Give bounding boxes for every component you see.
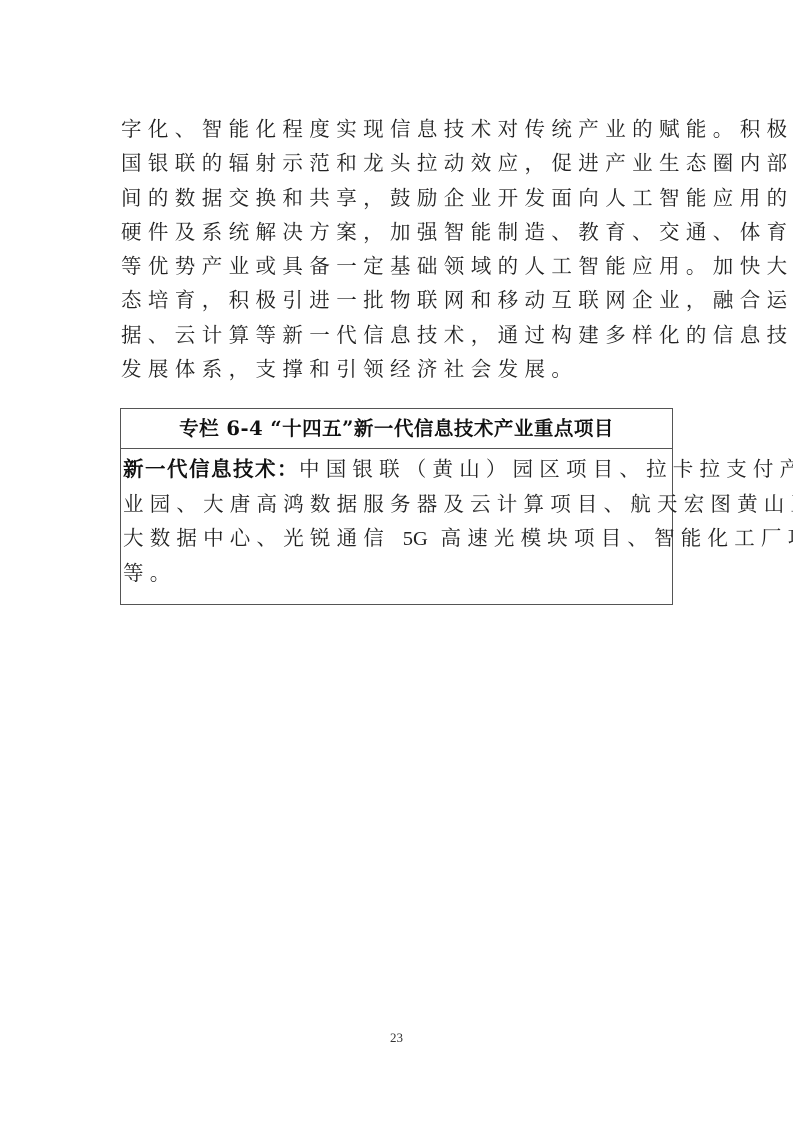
feature-box-text: 中国银联（黄山）园区项目、拉卡拉支付产 — [299, 457, 793, 481]
feature-box-text-latin: 5G — [403, 528, 428, 550]
feature-box-line: 等。 — [123, 555, 672, 590]
feature-box-line: 业园、大唐高鸿数据服务器及云计算项目、航天宏图黄山卫星 — [123, 486, 672, 521]
paragraph-line: 国银联的辐射示范和龙头拉动效应，促进产业生态圈内部企业之 — [121, 146, 677, 180]
paragraph-line: 间的数据交换和共享，鼓励企业开发面向人工智能应用的基础软 — [121, 181, 677, 215]
feature-box-title: 专栏 6-4 “十四五”新一代信息技术产业重点项目 — [121, 409, 672, 449]
paragraph-line: 字化、智能化程度实现信息技术对传统产业的赋能。积极发挥中 — [121, 112, 677, 146]
feature-box-line: 新一代信息技术：中国银联（黄山）园区项目、拉卡拉支付产 — [123, 451, 672, 486]
paragraph-line: 据、云计算等新一代信息技术，通过构建多样化的信息技术产业 — [121, 318, 677, 352]
paragraph-line: 发展体系，支撑和引领经济社会发展。 — [121, 352, 677, 386]
feature-box-label: 新一代信息技术： — [123, 457, 299, 481]
body-paragraph: 字化、智能化程度实现信息技术对传统产业的赋能。积极发挥中 国银联的辐射示范和龙头… — [121, 112, 677, 386]
paragraph-line: 等优势产业或具备一定基础领域的人工智能应用。加快大产业生 — [121, 249, 677, 283]
feature-box-line: 大数据中心、光锐通信 5G 高速光模块项目、智能化工厂项目 — [123, 520, 672, 555]
paragraph-line: 硬件及系统解决方案，加强智能制造、教育、交通、体育、医疗 — [121, 215, 677, 249]
page-number: 23 — [0, 1030, 793, 1046]
feature-box-text: 高速光模块项目、智能化工厂项目 — [441, 526, 793, 550]
paragraph-line: 态培育，积极引进一批物联网和移动互联网企业，融合运用大数 — [121, 283, 677, 317]
feature-box-text: 大数据中心、光锐通信 — [123, 526, 390, 550]
document-page: 字化、智能化程度实现信息技术对传统产业的赋能。积极发挥中 国银联的辐射示范和龙头… — [0, 0, 793, 1122]
feature-box: 专栏 6-4 “十四五”新一代信息技术产业重点项目 新一代信息技术：中国银联（黄… — [120, 408, 673, 605]
feature-box-body: 新一代信息技术：中国银联（黄山）园区项目、拉卡拉支付产 业园、大唐高鸿数据服务器… — [121, 449, 672, 589]
